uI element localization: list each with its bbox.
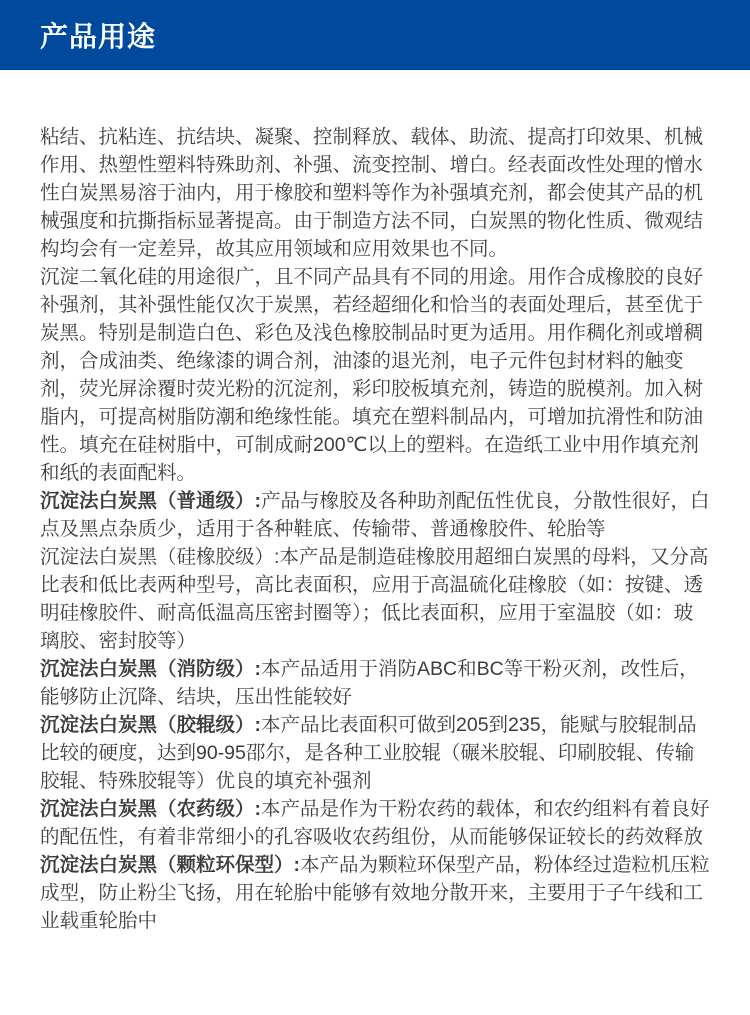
paragraph-grade-granular-eco: 沉淀法白炭黑（颗粒环保型）:本产品为颗粒环保型产品，粉体经过造粒机压粒成型，防止…: [40, 851, 710, 935]
paragraph-grade-pesticide: 沉淀法白炭黑（农药级）:本产品是作为干粉农药的载体，和农约组料有着良好的配伍性，…: [40, 795, 710, 851]
section-header: 产品用途: [0, 0, 750, 70]
paragraph-label: 沉淀法白炭黑（消防级）:: [40, 658, 261, 680]
paragraph-uses: 沉淀二氧化硅的用途很广，且不同产品具有不同的用途。用作合成橡胶的良好补强剂，其补…: [40, 263, 710, 487]
content-area: 粘结、抗粘连、抗结块、凝聚、控制释放、载体、助流、提高打印效果、机械作用、热塑性…: [0, 70, 750, 975]
paragraph-label: 沉淀法白炭黑（颗粒环保型）:: [40, 854, 300, 876]
paragraph-grade-fire-fighting: 沉淀法白炭黑（消防级）:本产品适用于消防ABC和BC等干粉灭剂，改性后，能够防止…: [40, 655, 710, 711]
page-title: 产品用途: [40, 15, 156, 55]
paragraph-text: 沉淀二氧化硅的用途很广，且不同产品具有不同的用途。用作合成橡胶的良好补强剂，其补…: [40, 266, 703, 484]
paragraph-label: 沉淀法白炭黑（胶辊级）:: [40, 714, 261, 736]
paragraph-text: 沉淀法白炭黑（硅橡胶级）:本产品是制造硅橡胶用超细白炭黑的母料，又分高比表和低比…: [40, 546, 708, 652]
paragraph-grade-rubber-roller: 沉淀法白炭黑（胶辊级）:本产品比表面积可做到205到235，能赋与胶辊制品比较的…: [40, 711, 710, 795]
paragraph-intro: 粘结、抗粘连、抗结块、凝聚、控制释放、载体、助流、提高打印效果、机械作用、热塑性…: [40, 123, 710, 263]
paragraph-label: 沉淀法白炭黑（农药级）:: [40, 798, 261, 820]
paragraph-grade-silicone-rubber: 沉淀法白炭黑（硅橡胶级）:本产品是制造硅橡胶用超细白炭黑的母料，又分高比表和低比…: [40, 543, 710, 655]
paragraph-label: 沉淀法白炭黑（普通级）:: [40, 490, 261, 512]
paragraph-grade-ordinary: 沉淀法白炭黑（普通级）:产品与橡胶及各种助剂配伍性优良，分散性很好，白点及黑点杂…: [40, 487, 710, 543]
paragraph-text: 粘结、抗粘连、抗结块、凝聚、控制释放、载体、助流、提高打印效果、机械作用、热塑性…: [40, 126, 703, 260]
